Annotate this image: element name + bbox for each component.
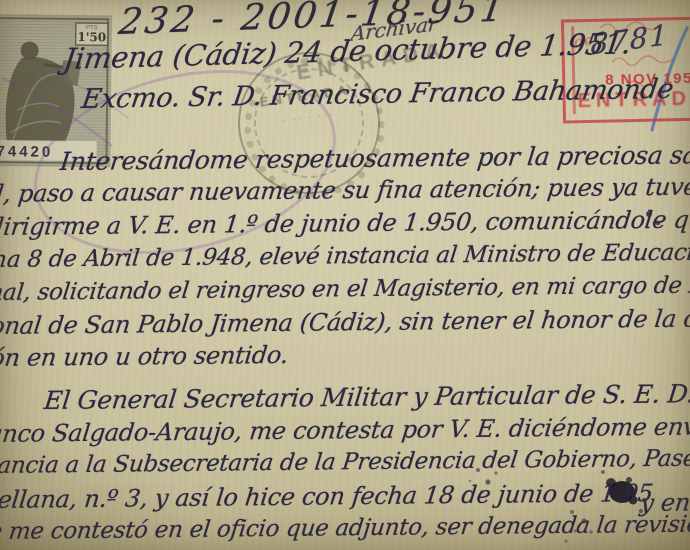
document-photo: PTS 1'50 74420 bbox=[0, 0, 690, 550]
manuscript-line: ón en uno u otro sentido. bbox=[0, 341, 290, 372]
